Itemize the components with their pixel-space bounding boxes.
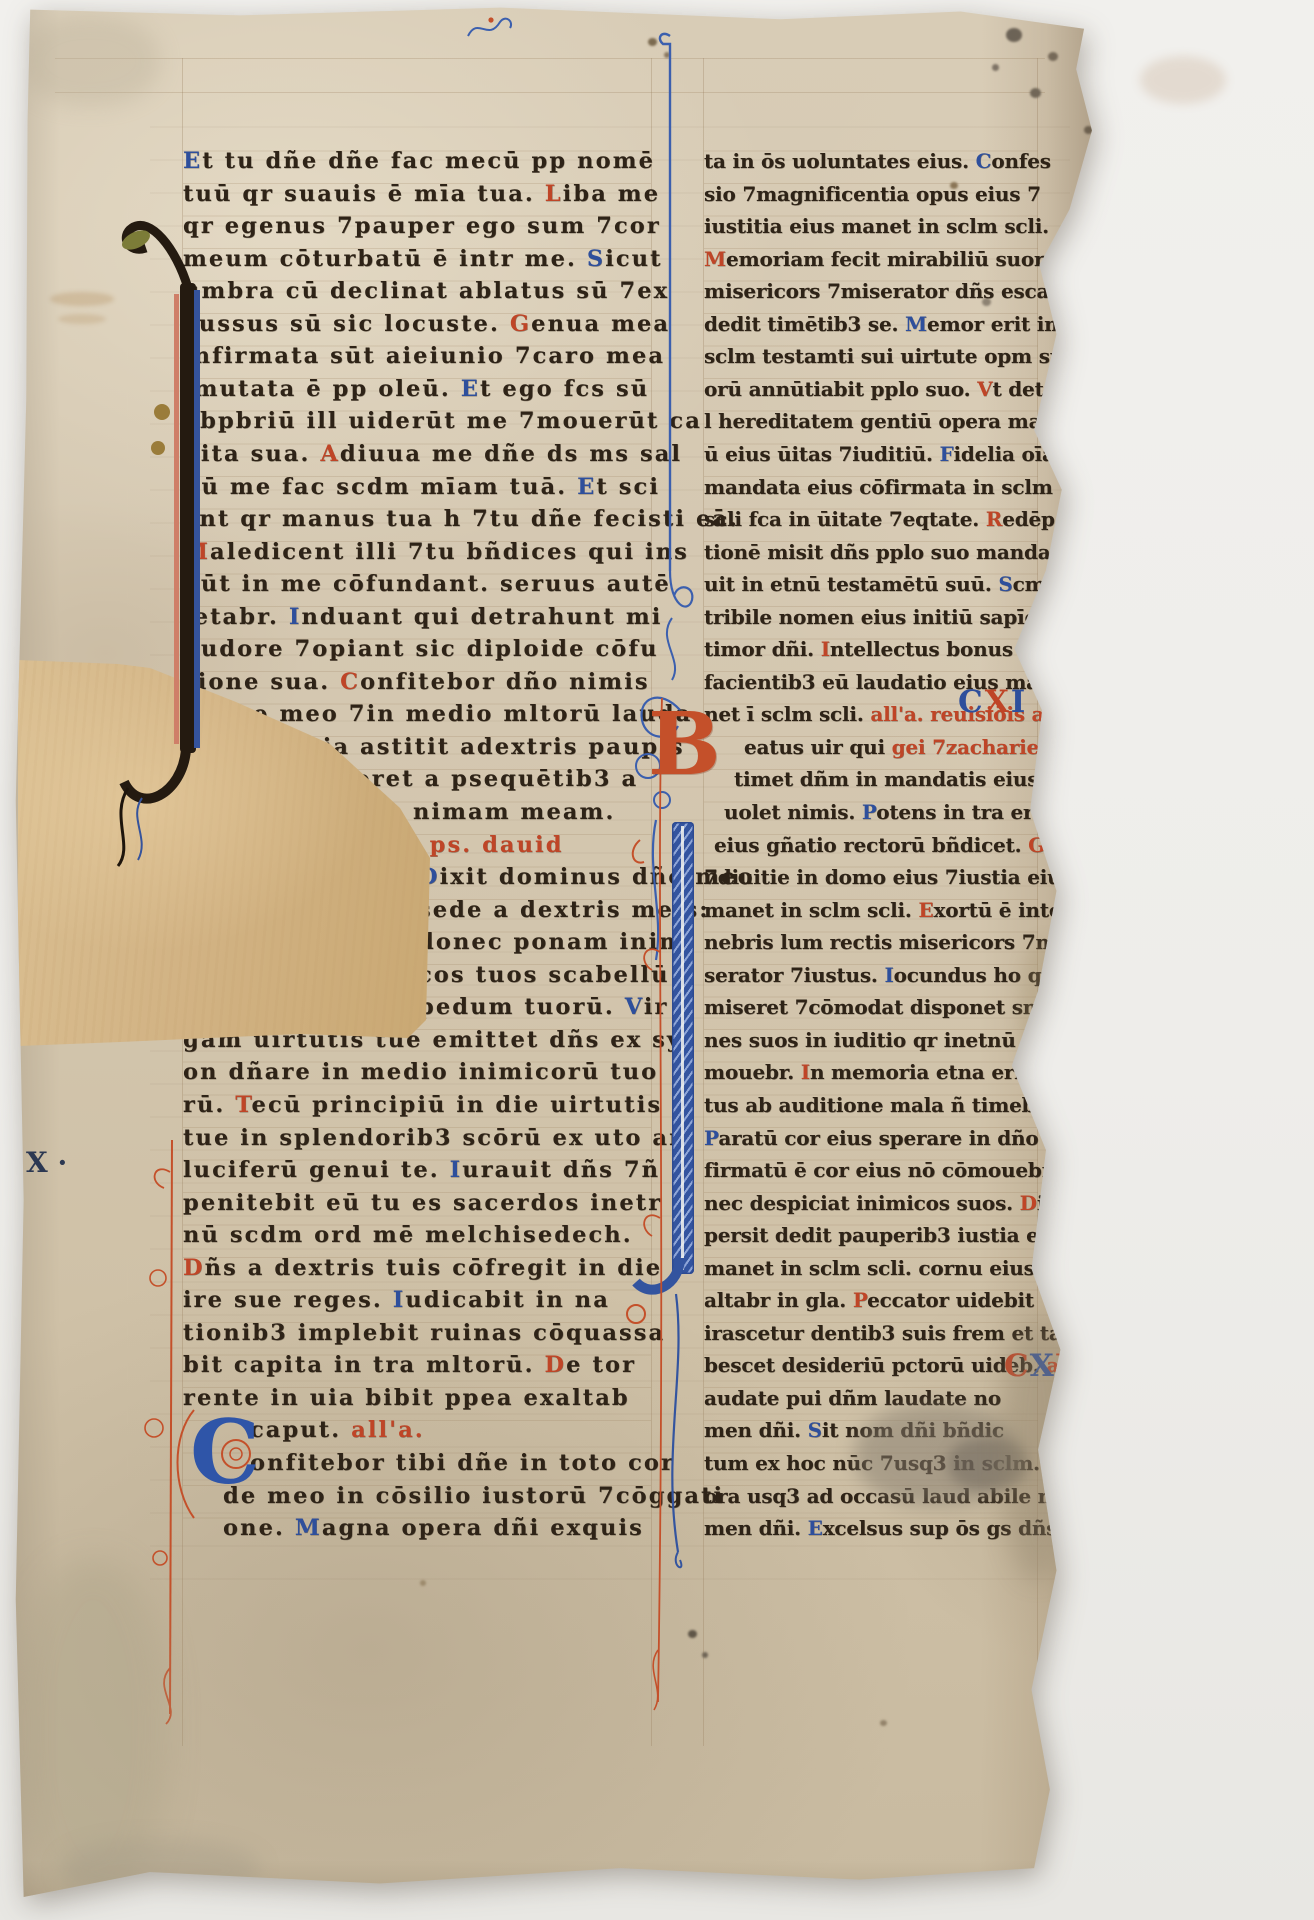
text-segment: bit capita in tra mltorū. xyxy=(183,1352,545,1378)
text-segment: ta in ōs uoluntates eius. xyxy=(704,149,976,173)
manuscript-leaf-wrapper: Et tu dñe dñe fac mecū pp nomētuū qr sua… xyxy=(0,0,1314,1920)
text-line: obpbriū ill uiderūt me 7mouerūt ca xyxy=(183,406,702,439)
text-line: nec despiciat inimicos suos. Dis xyxy=(704,1188,1055,1221)
text-segment: agna opera dñi exquis xyxy=(322,1515,644,1541)
text-segment: otens in tra erit sem xyxy=(876,800,1101,824)
text-line: timet dñm in mandatis eius xyxy=(734,764,1038,797)
text-segment: dedit timētib3 se. xyxy=(704,312,905,336)
text-segment: C xyxy=(340,669,360,695)
text-line: timor dñi. Intellectus bonus oīb3 xyxy=(704,634,1068,667)
text-segment: nes suos in iuditio qr inetnū nō cō xyxy=(704,1028,1082,1052)
text-segment: infirmata sūt aieiunio 7caro mea xyxy=(183,343,665,369)
text-line: one. Magna opera dñi exquis xyxy=(223,1513,644,1546)
text-segment: E xyxy=(808,1516,823,1540)
text-segment: tue in splendorib3 scōrū ex uto añ xyxy=(183,1125,688,1151)
text-line: onfitebor tibi dñe in toto cor xyxy=(250,1448,675,1481)
parchment-leaf: Et tu dñe dñe fac mecū pp nomētuū qr sua… xyxy=(0,0,1314,1920)
text-line: uū me fac scdm mīam tuā. Et sci xyxy=(183,472,660,505)
text-segment: obpbriū ill uiderūt me 7mouerūt ca xyxy=(183,408,702,434)
text-segment: umbra cū declinat ablatus sū 7ex xyxy=(183,278,669,304)
text-line: ire sue reges. Iudicabit in na xyxy=(183,1285,610,1318)
text-segment: emoriam fecit mirabiliū suorū xyxy=(726,247,1059,271)
text-segment: nebris lum rectis misericors 7mi xyxy=(704,930,1064,954)
foxing-spot xyxy=(688,1630,697,1638)
text-segment: firmatū ē cor eius nō cōmouebr do xyxy=(704,1158,1086,1182)
text-segment: I xyxy=(801,1060,810,1084)
text-segment: orū annūtiabit pplo suo. xyxy=(704,377,977,401)
red-gutter-flourish xyxy=(630,690,680,1720)
text-segment: R xyxy=(986,507,1002,531)
text-segment: uū me fac scdm mīam tuā. xyxy=(183,474,577,500)
text-segment: I xyxy=(393,1287,406,1313)
text-segment: C xyxy=(976,149,992,173)
text-line: tue in splendorib3 scōrū ex uto añ xyxy=(183,1123,688,1156)
background-smudge xyxy=(1140,56,1226,104)
text-line: mandata eius cōfirmata in sclm xyxy=(704,472,1053,505)
top-margin-squiggle xyxy=(464,12,524,48)
text-line: umbra cū declinat ablatus sū 7ex xyxy=(183,276,669,309)
text-line: eatus uir qui gei 7zacharie xyxy=(744,732,1039,765)
text-line: Memoriam fecit mirabiliū suorū xyxy=(704,244,1059,277)
text-line: nimam meam. xyxy=(413,797,615,830)
text-segment: E xyxy=(918,898,933,922)
text-segment: nduant qui detrahunt mi xyxy=(301,604,662,630)
text-segment: S xyxy=(998,572,1012,596)
text-segment: nec despiciat inimicos suos. xyxy=(704,1191,1020,1215)
text-segment: sio 7magnificentia opus eius 7 xyxy=(704,182,1041,206)
text-segment: emor erit in xyxy=(927,312,1059,336)
text-line: nebris lum rectis misericors 7mi xyxy=(704,927,1064,960)
text-segment: mandata eius cōfirmata in sclm xyxy=(704,475,1053,499)
text-line: mouebr. In memoria etna erit ius xyxy=(704,1057,1070,1090)
text-line: ta in ōs uoluntates eius. Confes xyxy=(704,146,1051,179)
text-segment: t tu dñe dñe fac mecū pp nomē xyxy=(202,148,655,174)
text-segment: C xyxy=(958,684,985,720)
text-segment: ecū principiū in die uirtutis xyxy=(252,1092,663,1118)
text-segment: timet dñm in mandatis eius xyxy=(734,767,1038,791)
text-line: miseret 7cōmodat disponet smo xyxy=(704,992,1057,1025)
text-segment: on dñare in medio inimicorū tuo xyxy=(183,1059,658,1085)
bottom-stain xyxy=(60,1840,260,1900)
text-segment: l hereditatem gentiū opera manu xyxy=(704,409,1070,433)
text-segment: net ī sclm scli. xyxy=(704,702,870,726)
text-line: ū eius ūitas 7iuditiū. Fidelia oīa xyxy=(704,439,1055,472)
text-segment: tionib3 implebit ruinas cōquassa xyxy=(183,1320,665,1346)
text-segment: L xyxy=(545,181,563,207)
text-segment: persit dedit pauperib3 iustia eius xyxy=(704,1223,1071,1247)
edge-stain xyxy=(1020,940,1070,1080)
text-segment: G xyxy=(1028,833,1045,857)
text-segment: P xyxy=(704,1126,718,1150)
text-segment: T xyxy=(235,1092,251,1118)
text-segment: M xyxy=(295,1515,322,1541)
text-line: gūt in me cōfundant. seruus autē xyxy=(183,569,671,602)
text-segment: scli fca in ūitate 7eqtate. xyxy=(704,507,986,531)
corner-stain xyxy=(20,16,160,106)
bar-core xyxy=(681,826,684,1270)
text-segment: gei 7zacharie xyxy=(892,735,1039,759)
text-segment: tus ab auditione mala ñ timebit. xyxy=(704,1093,1059,1117)
text-line: men dñi. Excelsus sup ōs gs dñs xyxy=(704,1513,1057,1546)
text-segment: rū. xyxy=(183,1092,235,1118)
text-line: irascetur dentib3 suis frem et ta xyxy=(704,1318,1062,1351)
text-line: orū annūtiabit pplo suo. Vt det il xyxy=(704,374,1065,407)
text-segment: misericors 7miserator dñs escam xyxy=(704,279,1070,303)
text-segment: iustitia eius manet in sclm scli. xyxy=(704,214,1049,238)
text-line: Et tu dñe dñe fac mecū pp nomē xyxy=(183,146,655,179)
text-segment: eccator uidebit 7 xyxy=(867,1288,1054,1312)
text-segment: t ego fcs sū xyxy=(480,376,649,402)
text-line: on dñare in medio inimicorū tuo xyxy=(183,1057,658,1090)
text-segment: ocundus ho q xyxy=(894,963,1042,987)
text-line: tuū qr suauis ē mīa tua. Liba me xyxy=(183,179,660,212)
foxing-spot xyxy=(1066,16,1074,24)
text-line: serator 7iustus. Iocundus ho q xyxy=(704,960,1041,993)
blue-gutter-line xyxy=(648,26,694,686)
text-segment: uit in etnū testamētū suū. xyxy=(704,572,998,596)
text-line: dedit timētib3 se. Memor erit in xyxy=(704,309,1059,342)
text-segment: t det il xyxy=(992,377,1065,401)
text-segment: serator 7iustus. xyxy=(704,963,884,987)
text-line: rū. Tecū principiū in die uirtutis xyxy=(183,1090,662,1123)
text-line: sione sua. Confitebor dño nimis xyxy=(183,667,650,700)
foxing-spot xyxy=(880,1720,887,1726)
text-segment: ps. dauid xyxy=(430,832,564,858)
text-line: misericors 7miserator dñs escam xyxy=(704,276,1070,309)
text-segment: idelia oīa xyxy=(954,442,1055,466)
text-segment: meum cōturbatū ē intr me. xyxy=(183,246,587,272)
text-line: tionē misit dñs pplo suo manda xyxy=(704,537,1051,570)
text-line: qr egenus 7pauper ego sum 7cor xyxy=(183,211,661,244)
text-segment: P xyxy=(853,1288,867,1312)
text-segment: luciferū genui te. xyxy=(183,1157,450,1183)
text-line: pita sua. Adiuua me dñe ds ms sal xyxy=(183,439,682,472)
text-segment: M xyxy=(704,247,726,271)
text-segment: E xyxy=(577,474,596,500)
text-line: penitebit eū tu es sacerdos inetr xyxy=(183,1188,662,1221)
text-segment: sclm testamti sui uirtute opm su xyxy=(704,344,1064,368)
text-segment: pedum tuorū. xyxy=(418,994,625,1020)
text-segment: timor dñi. xyxy=(704,637,821,661)
text-line: manet in sclm scli. cornu eius ex xyxy=(704,1253,1066,1286)
text-segment: tribile nomen eius initiū sapīe xyxy=(704,605,1037,629)
foxing-spot xyxy=(702,1652,708,1658)
foxing-spot xyxy=(1022,636,1030,643)
margin-mark-x: X · xyxy=(26,1146,67,1179)
text-line: Dñs a dextris tuis cōfregit in die xyxy=(183,1253,662,1286)
text-segment: eius gñatio rectorū bñdicet. xyxy=(714,833,1028,857)
text-segment: onfitebor tibi dñe in toto cor xyxy=(250,1450,675,1476)
text-segment: is xyxy=(1037,1191,1055,1215)
text-segment: aledicent illi 7tu bñdices qui ins xyxy=(210,539,689,565)
text-segment: mouebr. xyxy=(704,1060,801,1084)
text-line: tus ab auditione mala ñ timebit. xyxy=(704,1090,1059,1123)
text-segment: I xyxy=(289,604,302,630)
text-segment: M xyxy=(905,312,927,336)
text-segment: edēp xyxy=(1002,507,1055,531)
text-segment: E xyxy=(461,376,480,402)
text-segment: eatus uir qui xyxy=(744,735,892,759)
text-segment: I xyxy=(1011,684,1028,720)
text-line: meum cōturbatū ē intr me. Sicut xyxy=(183,244,663,277)
foxing-spot xyxy=(420,1580,426,1586)
text-segment: F xyxy=(940,442,954,466)
text-segment: gūt in me cōfundant. seruus autē xyxy=(183,571,671,597)
text-line: cussus sū sic locuste. Genua mea xyxy=(183,309,670,342)
text-segment: onfitebor dño nimis xyxy=(360,669,650,695)
text-segment: xortū ē inte xyxy=(933,898,1061,922)
text-line: pudore 7opiant sic diploide cōfu xyxy=(183,634,659,667)
text-line: sclm testamti sui uirtute opm su xyxy=(704,341,1064,374)
text-line: infirmata sūt aieiunio 7caro mea xyxy=(183,341,665,374)
text-segment: 7diuitie in domo eius 7iustia eius xyxy=(704,865,1073,889)
text-segment: S xyxy=(587,246,605,272)
text-segment: ū eius ūitas 7iuditiū. xyxy=(704,442,940,466)
text-segment: aratū cor eius sperare in dño cō xyxy=(718,1126,1070,1150)
text-segment: D xyxy=(1020,1191,1037,1215)
text-line: letabr. Induant qui detrahunt mi xyxy=(183,602,662,635)
text-segment: nū scdm ord mē melchisedech. xyxy=(183,1222,633,1248)
text-line: Paratū cor eius sperare in dño cō xyxy=(704,1123,1070,1156)
text-line: īmutata ē pp oleū. Et ego fcs sū xyxy=(183,374,649,407)
text-segment: tionē misit dñs pplo suo manda xyxy=(704,540,1051,564)
text-segment: diuua me dñe ds ms sal xyxy=(340,441,682,467)
text-segment: tuū qr suauis ē mīa tua. xyxy=(183,181,545,207)
text-line: tionib3 implebit ruinas cōquassa xyxy=(183,1318,665,1351)
text-segment: manet in sclm scli. xyxy=(704,898,918,922)
text-segment: P xyxy=(862,800,876,824)
text-line: scli fca in ūitate 7eqtate. Redēp xyxy=(704,504,1055,537)
psalm-number-cxi: CXI xyxy=(958,684,1027,720)
text-line: manet in sclm scli. Exortū ē inte xyxy=(704,895,1061,928)
text-segment: D xyxy=(545,1352,567,1378)
text-line: nes suos in iuditio qr inetnū nō cō xyxy=(704,1025,1082,1058)
text-line: persit dedit pauperib3 iustia eius xyxy=(704,1220,1071,1253)
text-segment: I xyxy=(884,963,893,987)
text-segment: X · xyxy=(26,1146,67,1179)
text-segment: pudore 7opiant sic diploide cōfu xyxy=(183,636,659,662)
text-line: bit capita in tra mltorū. De tor xyxy=(183,1350,636,1383)
text-segment: V xyxy=(977,377,992,401)
text-segment: ñs a dextris tuis cōfregit in die xyxy=(205,1255,663,1281)
text-segment: manet in sclm scli. cornu eius ex xyxy=(704,1256,1066,1280)
text-line: luciferū genui te. Iurauit dñs 7ñ xyxy=(183,1155,660,1188)
text-line: tribile nomen eius initiū sapīe xyxy=(704,602,1037,635)
text-segment: I xyxy=(450,1157,463,1183)
text-segment: n memoria etna erit ius xyxy=(810,1060,1070,1084)
text-segment: irascetur dentib3 suis frem et ta xyxy=(704,1321,1062,1345)
ruling-line xyxy=(55,92,1045,93)
text-segment: cm 7 xyxy=(1013,572,1066,596)
text-line: uolet nimis. Potens in tra erit sem xyxy=(724,797,1101,830)
text-line: firmatū ē cor eius nō cōmouebr do xyxy=(704,1155,1086,1188)
text-segment: — xyxy=(1086,1348,1130,1384)
text-segment: I xyxy=(1070,1348,1086,1384)
text-segment: uolet nimis. xyxy=(724,800,862,824)
text-segment: bescet desideriū pctorū uideb. xyxy=(704,1353,1046,1377)
text-segment: penitebit eū tu es sacerdos inetr xyxy=(183,1190,662,1216)
text-segment: A xyxy=(320,441,340,467)
text-segment: I xyxy=(821,637,830,661)
text-segment: G xyxy=(510,311,531,337)
text-segment: X xyxy=(985,684,1011,720)
text-line: uit in etnū testamētū suū. Scm 7 xyxy=(704,569,1066,602)
text-line: iustitia eius manet in sclm scli. xyxy=(704,211,1049,244)
text-segment: udicabit in na xyxy=(405,1287,610,1313)
text-segment: miseret 7cōmodat disponet smo xyxy=(704,995,1057,1019)
text-segment: nimam meam. xyxy=(413,799,615,825)
text-line: sio 7magnificentia opus eius 7 xyxy=(704,179,1041,212)
text-segment: cussus sū sic locuste. xyxy=(183,311,510,337)
text-segment: sol xyxy=(1062,1451,1094,1475)
text-line: Maledicent illi 7tu bñdices qui ins xyxy=(183,537,689,570)
text-segment: ntellectus bonus oīb3 xyxy=(830,637,1068,661)
text-segment: l'a xyxy=(1045,833,1071,857)
text-segment: all'a. xyxy=(351,1417,425,1443)
text-line: 7diuitie in domo eius 7iustia eius xyxy=(704,862,1073,895)
text-segment: S xyxy=(808,1418,822,1442)
text-segment: A xyxy=(1047,1451,1062,1475)
text-line: altabr in gla. Peccator uidebit 7 xyxy=(704,1285,1054,1318)
text-segment: E xyxy=(183,148,202,174)
text-segment: qr egenus 7pauper ego sum 7cor xyxy=(183,213,661,239)
text-line: l hereditatem gentiū opera manu xyxy=(704,406,1070,439)
text-segment: altabr in gla. xyxy=(704,1288,853,1312)
edge-stain xyxy=(1002,1320,1072,1580)
text-segment: onfes xyxy=(991,149,1050,173)
ruling-line xyxy=(55,58,1045,59)
text-segment: iba me xyxy=(563,181,660,207)
text-line: nū scdm ord mē melchisedech. xyxy=(183,1220,633,1253)
illuminated-initial-ornament xyxy=(98,198,228,798)
text-line: eius gñatio rectorū bñdicet. Gl'a xyxy=(714,830,1071,863)
